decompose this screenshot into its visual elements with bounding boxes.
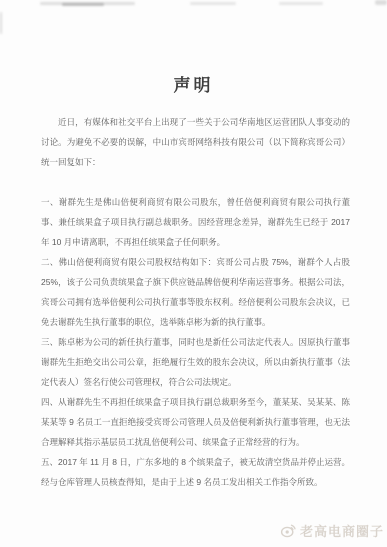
statement-item-5: 五、2017 年 11 月 8 日，广东多地的 8 个缤果盒子，被无故清空货品并… xyxy=(41,452,350,492)
scan-artifact xyxy=(40,2,135,5)
statement-document-page: 声明 近日，有媒体和社交平台上出现了一些关于公司华南地区运营团队人事变动的讨论。… xyxy=(0,0,387,547)
statement-item-2: 二、佛山倍便利商贸有限公司股权结构如下：宾哥公司占股 75%，谢群个人占股 25… xyxy=(41,252,350,332)
scan-artifact xyxy=(190,2,236,5)
intro-paragraph: 近日，有媒体和社交平台上出现了一些关于公司华南地区运营团队人事变动的讨论。为避免… xyxy=(41,112,350,172)
scan-artifact xyxy=(62,3,104,6)
weibo-icon xyxy=(280,522,297,539)
watermark: 老高电商圈子 xyxy=(280,521,384,540)
watermark-label: 老高电商圈子 xyxy=(300,521,384,540)
scan-artifact xyxy=(375,0,387,5)
statement-body: 近日，有媒体和社交平台上出现了一些关于公司华南地区运营团队人事变动的讨论。为避免… xyxy=(41,112,350,492)
scan-artifact xyxy=(279,2,323,5)
statement-item-3: 三、陈卓彬为公司的新任执行董事，同时也是新任公司法定代表人。因原执行董事谢群先生… xyxy=(41,332,350,392)
statement-item-4: 四、从谢群先生不再担任缤果盒子项目执行副总裁职务至今，董某某、吴某某、陈某某等 … xyxy=(41,392,350,452)
statement-item-1: 一、谢群先生是佛山倍便利商贸有限公司股东，曾任倍便利商贸有限公司执行董事、兼任缤… xyxy=(41,192,350,252)
scan-artifact xyxy=(0,12,2,34)
page-title: 声明 xyxy=(0,71,387,96)
